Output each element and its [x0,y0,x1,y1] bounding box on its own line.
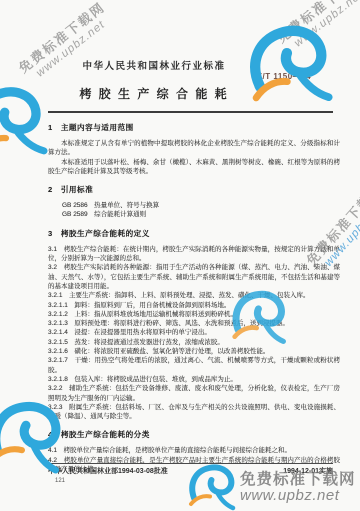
footer-rule [48,463,333,464]
clause-3-2: 3.2 栲胶生产实际消耗的各种能源：指用于生产活动的各种能源（煤、蒸汽、电力、汽… [48,263,340,291]
clause-3-2-1: 3.2.1 主要生产系统：指卸料、上料、原料预处理、浸提、蒸发、磺化、干燥、包装… [48,291,340,300]
section-2-heading: 2 引用标准 [48,184,340,195]
clause-3-2-1-7: 3.2.1.7 干燥：用热空气将处理后的浓胶，通过离心、气流、机械喷雾等方式，干… [48,356,340,375]
implementation-date: 1994-12-01实施 [283,466,333,476]
section-1-para-1: 本标准规定了从含有单宁的植物中提取栲胶的林化企业栲胶生产综合能耗的定义、分级指标… [48,139,340,158]
approval-line: 中华人民共和国林业部1994-03-08批准 [48,466,168,476]
section-1-heading: 1 主题内容与适用范围 [48,122,340,133]
section-3-heading: 3 栲胶生产综合能耗的定义 [48,228,340,239]
clause-3-2-1-6: 3.2.1.6 磺化：将浓胶用亚硫酸盐、氢氧化钠等进行处理，以改善栲胶性能。 [48,347,340,356]
page-title: 栲 胶 生 产 综 合 能 耗 [0,85,308,102]
clause-3-2-2: 3.2.2 辅助生产系统：包括生产设备维修、废渣、废水和废气处理，分析化验，仪表… [48,384,340,403]
reference-gb2586: GB 2586 热量单位、符号与换算 [62,201,340,210]
clause-3-2-1-3: 3.2.1.3 原料预处理：将原料进行粉碎、筛选、风选、水洗和预煮后，送到浸提器… [48,319,340,328]
clause-3-2-1-2: 3.2.1.2 上料：指从原料堆放场地用运输机械将原料送到粉碎机。 [48,310,340,319]
watermark-site-name: 免费标准下载网 [254,0,360,60]
document-body: 1 主题内容与适用范围 本标准规定了从含有单宁的植物中提取栲胶的林化企业栲胶生产… [48,120,340,474]
watermark-bottom-right: 免费标准下载网 www.upbz.net [240,472,356,504]
section-1-para-2: 本标准适用于以落叶松、杨梅、余甘（橄榄）、木麻黄、黑荆树等树皮、橡碗、红根等为原… [48,158,340,177]
standard-number: LY/T 1150—94 [252,72,311,81]
reference-gb2589: GB 2589 综合能耗计算通则 [62,210,340,219]
clause-3-2-1-8: 3.2.1.8 包装入库：将栲胶成品进行包装、堆放，到成品库为止。 [48,375,340,384]
clause-3-1: 3.1 栲胶生产综合能耗：在统计期内，栲胶生产实际消耗的各种能源实物量，按规定的… [48,245,340,264]
footer: 中华人民共和国林业部1994-03-08批准 1994-12-01实施 [48,466,333,476]
watermark-site-url: www.upbz.net [240,488,356,504]
clause-3-2-1-5: 3.2.1.5 蒸发：将浸提液通过蒸发器进行蒸发，浓缩成浓胶。 [48,338,340,347]
clause-3-2-1-1: 3.2.1.1 卸料：指原料到厂后，用自备机械设备卸到原料场地。 [48,301,340,310]
clause-4-1: 4.1 栲胶单位产量综合能耗，是栲胶单位产量的直接综合能耗与间接综合能耗之和。 [48,446,340,455]
section-4-heading: 4 栲胶生产综合能耗的分类 [48,429,340,440]
header-rule [48,111,333,113]
clause-3-2-3: 3.2.3 附属生产系统：包括料场、厂区、仓库及与生产相关的公共设施照明、供电、… [48,403,340,422]
scanned-standard-page: 免费标准下载网 www.upbz.net 免费标准下载网 www.upbz.ne… [0,0,360,511]
standard-type-line: 中华人民共和国林业行业标准 [0,58,308,72]
clause-3-2-1-4: 3.2.1.4 浸提：在浸提器里用热水将原料中的单宁浸出。 [48,328,340,337]
page-number: 121 [55,478,65,484]
